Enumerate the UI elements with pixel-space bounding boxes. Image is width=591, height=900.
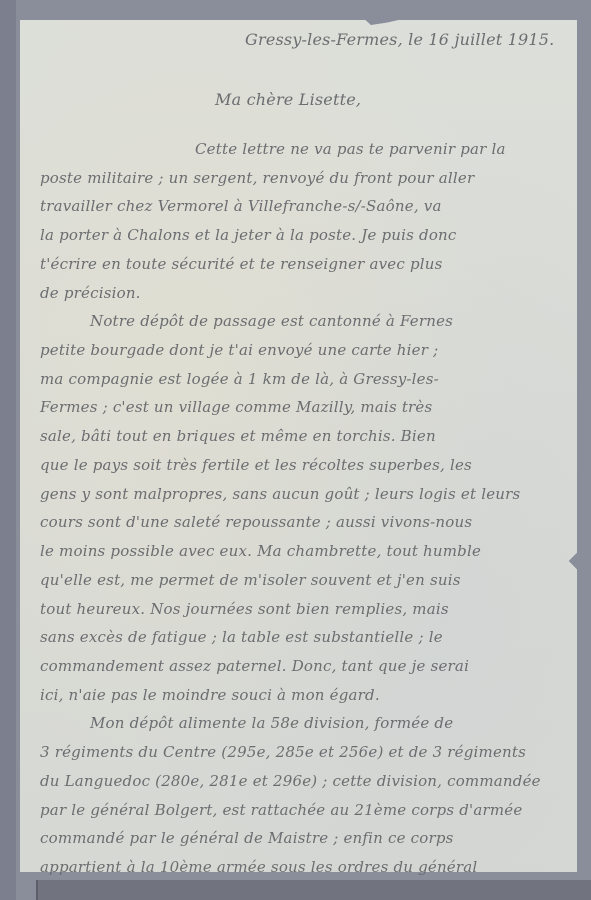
letter-line: Cette lettre ne va pas te parvenir par l… bbox=[195, 140, 506, 158]
letter-line: ici, n'aie pas le moindre souci à mon ég… bbox=[40, 686, 380, 704]
letter-salutation: Ma chère Lisette, bbox=[215, 90, 361, 109]
letter-line: sale, bâti tout en briques et même en to… bbox=[40, 427, 436, 445]
letter-line: de précision. bbox=[40, 284, 141, 302]
letter-line: la porter à Chalons et la jeter à la pos… bbox=[40, 226, 457, 244]
letter-line: par le général Bolgert, est rattachée au… bbox=[40, 801, 522, 819]
letter-line: sans excès de fatigue ; la table est sub… bbox=[40, 628, 443, 646]
letter-line: cours sont d'une saleté repoussante ; au… bbox=[40, 513, 472, 531]
letter-line: gens y sont malpropres, sans aucun goût … bbox=[40, 485, 520, 503]
letter-line: tout heureux. Nos journées sont bien rem… bbox=[40, 600, 449, 618]
letter-dateline: Gressy-les-Fermes, le 16 juillet 1915. bbox=[245, 30, 554, 49]
letter-line: petite bourgade dont je t'ai envoyé une … bbox=[40, 341, 438, 359]
letter-line: t'écrire en toute sécurité et te renseig… bbox=[40, 255, 443, 273]
letter-line: qu'elle est, me permet de m'isoler souve… bbox=[40, 571, 461, 589]
letter-line: poste militaire ; un sergent, renvoyé du… bbox=[40, 169, 474, 187]
letter-line: commandement assez paternel. Donc, tant … bbox=[40, 657, 469, 675]
letter-line: travailler chez Vermorel à Villefranche-… bbox=[40, 197, 442, 215]
letter-line: appartient à la 10ème armée sous les ord… bbox=[40, 858, 477, 876]
letter-line: du Languedoc (280e, 281e et 296e) ; cett… bbox=[40, 772, 541, 790]
letter-line: le moins possible avec eux. Ma chambrett… bbox=[40, 542, 481, 560]
letter-line: ma compagnie est logée à 1 km de là, à G… bbox=[40, 370, 439, 388]
letter-line: Notre dépôt de passage est cantonné à Fe… bbox=[90, 312, 453, 330]
scan-backing-edge bbox=[36, 880, 591, 900]
letter-line: 3 régiments du Centre (295e, 285e et 256… bbox=[40, 743, 526, 761]
letter-line: que le pays soit très fertile et les réc… bbox=[40, 456, 472, 474]
letter-line: Fermes ; c'est un village comme Mazilly,… bbox=[40, 398, 432, 416]
letter-line: commandé par le général de Maistre ; enf… bbox=[40, 829, 454, 847]
letter-line: Mon dépôt alimente la 58e division, form… bbox=[90, 714, 453, 732]
